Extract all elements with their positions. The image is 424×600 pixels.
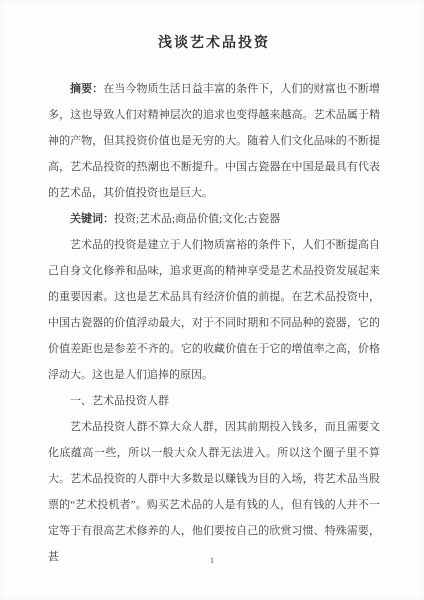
document-title: 浅谈艺术品投资 (48, 34, 380, 54)
document-page: 浅谈艺术品投资 摘要：在当今物质生活日益丰富的条件下，人们的财富也不断增多，这也… (0, 0, 424, 600)
intro-paragraph: 艺术品的投资是建立于人们物质富裕的条件下，人们不断提高自己自身文化修养和品味，追… (48, 232, 380, 388)
section-heading-1: 一、艺术品投资人群 (48, 388, 380, 414)
abstract-label: 摘要： (70, 83, 103, 95)
keywords-line: 关键词：投资;艺术品;商品价值;文化;古瓷器 (48, 206, 380, 232)
keywords-text: 投资;艺术品;商品价值;文化;古瓷器 (114, 213, 280, 225)
page-number: 1 (0, 556, 424, 566)
abstract-text: 在当今物质生活日益丰富的条件下，人们的财富也不断增多，这也导致人们对精神层次的追… (48, 83, 380, 199)
abstract-paragraph: 摘要：在当今物质生活日益丰富的条件下，人们的财富也不断增多，这也导致人们对精神层… (48, 76, 380, 206)
section1-paragraph: 艺术品投资人群不算大众人群，因其前期投入钱多，而且需要文化底蕴高一些，所以一般大… (48, 414, 380, 570)
keywords-label: 关键词： (70, 213, 114, 225)
